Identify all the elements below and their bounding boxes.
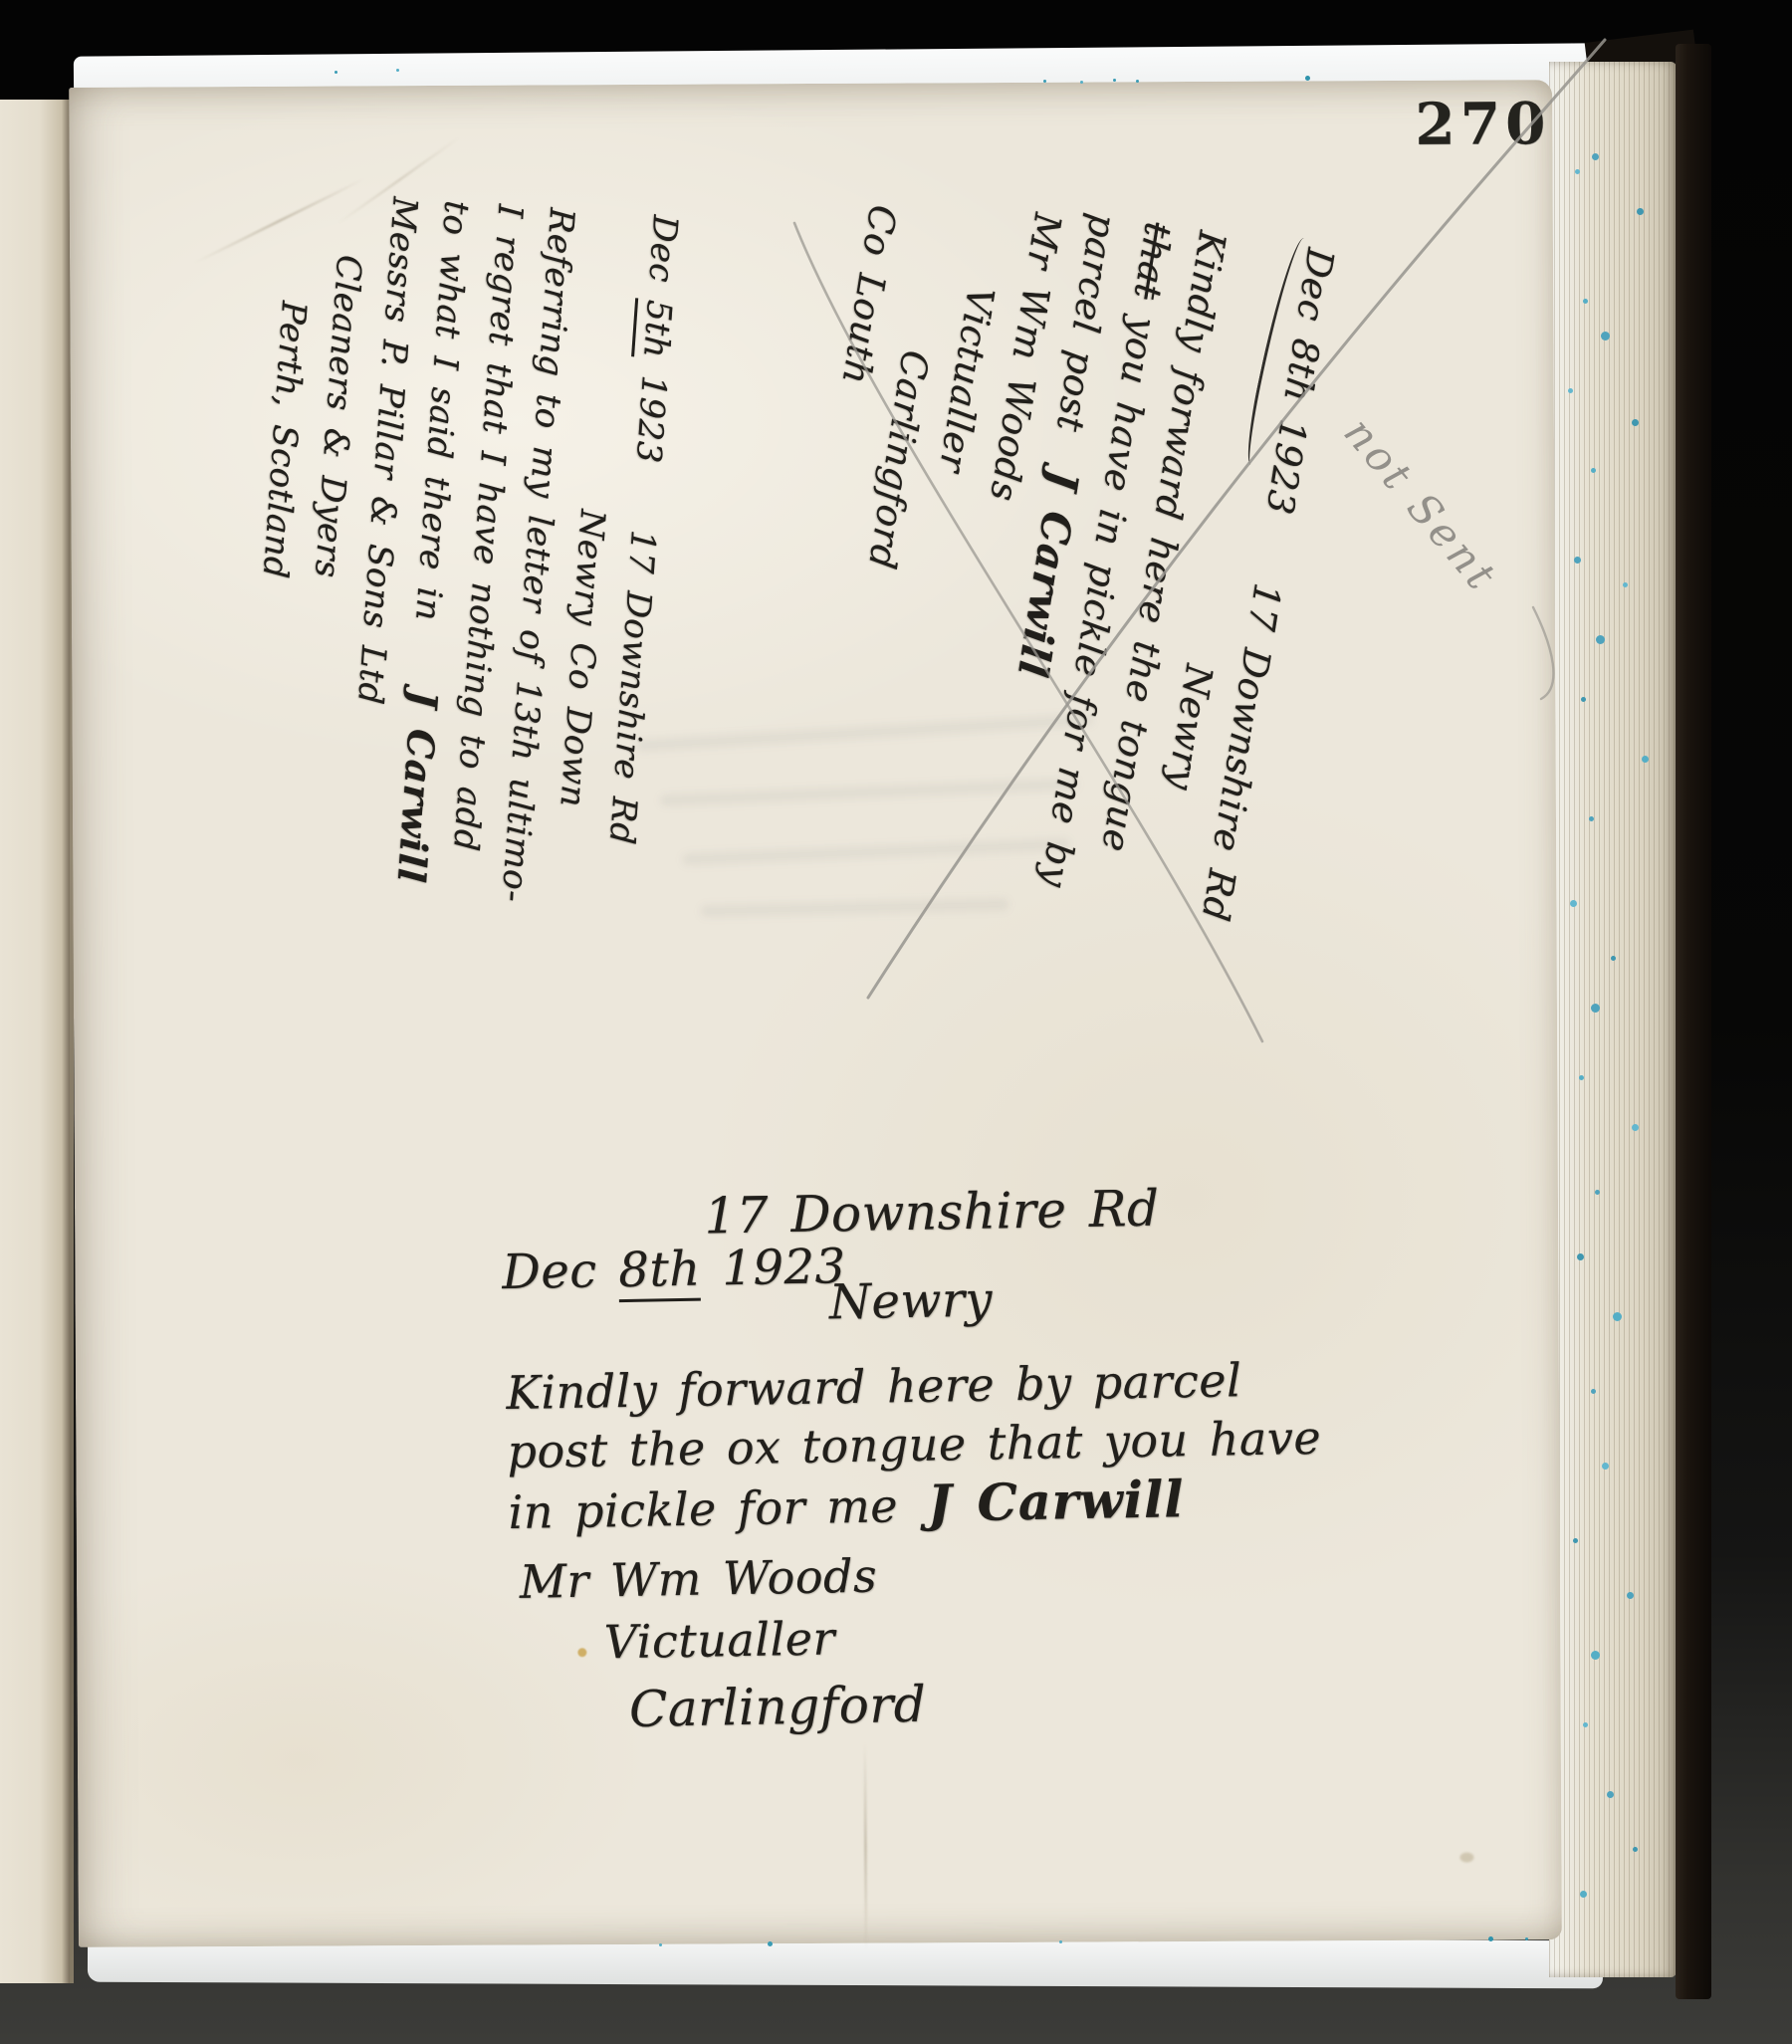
letter-body: Kindly forward here by parcel post the o… (506, 1350, 1323, 1542)
letter-address-line1: 17 Downshire Rd (704, 1180, 1160, 1246)
reply-letter: Dec 5th 1923 17 Downshire Rd Newry Co Do… (232, 188, 691, 847)
previous-page-sliver (0, 100, 72, 1983)
struck-word: that (1125, 220, 1180, 303)
crossed-out-letter: Dec 8th 1923 17 Downshire Rd Newry Kindl… (754, 175, 1348, 925)
page-rim-blue-specks (0, 0, 3, 3)
scanned-book-photo: 270 Dec 8th 1923 17 Downshire Rd Newry K… (0, 0, 1792, 2044)
letter-address-line2: Newry (828, 1272, 993, 1331)
recipient-line: Mr Wm Woods (519, 1549, 877, 1609)
rewritten-letter: 17 Downshire Rd Newry Dec 8th 1923 Kindl… (499, 1169, 1435, 1782)
letter-body-line: in pickle for meJ Carwill (508, 1468, 1323, 1542)
signature: J Carwill (927, 1469, 1184, 1532)
underlined-day: 8th (618, 1242, 701, 1302)
ink-showthrough (700, 898, 1008, 917)
recipient-line: Carlingford (629, 1676, 927, 1738)
book-fore-edge-pages (1549, 62, 1677, 1977)
book-cover-edge (1676, 44, 1711, 1999)
letter-date: Dec 8th 1923 (502, 1239, 846, 1300)
paper-stain (1459, 1853, 1473, 1863)
underlined-day: 5th (631, 299, 679, 360)
body-text: in pickle for me (508, 1478, 898, 1539)
recipient-line: Victualler (603, 1611, 835, 1669)
page-number: 270 (1415, 90, 1550, 158)
